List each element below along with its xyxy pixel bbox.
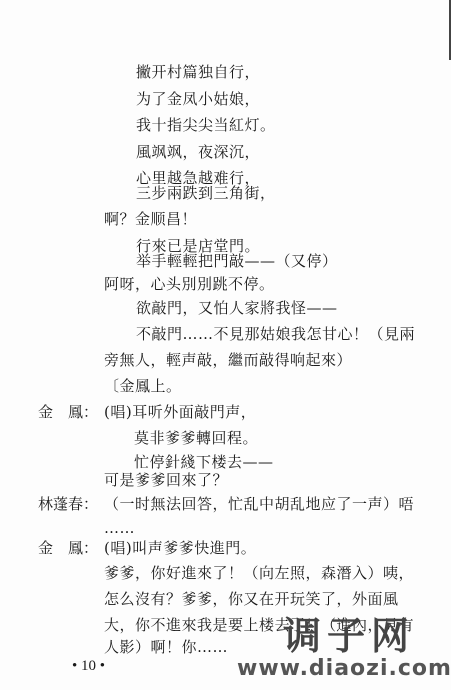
page-number: • 10 •	[72, 656, 105, 676]
text-line: 旁無人，輕声敲，繼而敲得响起來）	[104, 350, 352, 370]
text-line: 为了金凤小姑娘，	[136, 89, 260, 109]
text-line: (唱)叫声爹爹快進門。	[104, 538, 256, 558]
text-line: 不敲門……不見那姑娘我怎甘心！（見兩	[136, 324, 415, 344]
text-line: 忙停針綫下楼去——	[134, 452, 274, 472]
scanned-page: 撇开村篇独自行，为了金凤小姑娘，我十指尖尖当紅灯。風飒飒，夜深沉，心里越急越难行…	[0, 0, 451, 690]
watermark-url: www.diaozi.com	[237, 656, 451, 682]
text-line: （一时無法回答，忙乱中胡乱地应了一声）唔	[104, 494, 414, 514]
text-line: 可是爹爹回來了？	[104, 470, 228, 490]
text-line: 三步兩跌到三角街，	[136, 183, 276, 203]
text-line: 莫非爹爹轉回程。	[134, 428, 258, 448]
text-line: 阿呀，心头別別跳不停。	[104, 274, 275, 294]
text-line: 風飒飒，夜深沉，	[136, 142, 260, 162]
text-line: 〔金鳳上。	[104, 376, 182, 396]
speaker-label: 金 鳳：	[38, 538, 98, 558]
text-line: ……	[104, 518, 135, 538]
text-line: 爹爹，你好進來了！（向左照，森潛入）咦，	[104, 563, 414, 583]
speaker-label: 林蓬春：	[38, 494, 98, 514]
text-line: 欲敲門，又怕人家將我怪——	[136, 298, 338, 318]
text-line: 撇开村篇独自行，	[136, 62, 260, 82]
text-line: 人影）啊！你……	[104, 637, 228, 657]
text-line: 啊？金顺昌！	[104, 209, 197, 229]
text-line: 怎么沒有？爹爹，你又在开玩笑了，外面風	[104, 589, 399, 609]
text-line: 举手輕輕把門敲——（又停）	[136, 251, 338, 271]
speaker-label: 金 鳳：	[38, 402, 98, 422]
text-line: 我十指尖尖当紅灯。	[136, 115, 276, 135]
text-line: (唱)耳听外面敲門声，	[104, 402, 256, 422]
watermark-site-name: 调子网	[283, 614, 415, 658]
